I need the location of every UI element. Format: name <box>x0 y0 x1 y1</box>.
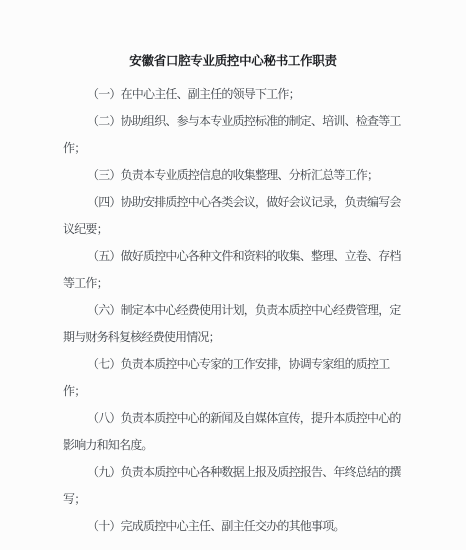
duty-item: （六）制定本中心经费使用计划，负责本质控中心经费管理，定期与财务科复核经费使用情… <box>63 297 403 351</box>
duty-item: （一）在中心主任、副主任的领导下工作； <box>63 81 403 108</box>
document-page: 安徽省口腔专业质控中心秘书工作职责 （一）在中心主任、副主任的领导下工作；（二）… <box>0 0 466 550</box>
duty-item: （五）做好质控中心各种文件和资料的收集、整理、立卷、存档等工作； <box>63 243 403 297</box>
duty-item: （三）负责本专业质控信息的收集整理、分析汇总等工作； <box>63 162 403 189</box>
document-body: （一）在中心主任、副主任的领导下工作；（二）协助组织、参与本专业质控标准的制定、… <box>63 81 403 540</box>
duty-item: （七）负责本质控中心专家的工作安排，协调专家组的质控工作； <box>63 351 403 405</box>
document-title: 安徽省口腔专业质控中心秘书工作职责 <box>63 48 403 75</box>
duty-item: （八）负责本质控中心的新闻及自媒体宣传，提升本质控中心的影响力和知名度。 <box>63 405 403 459</box>
duty-item: （二）协助组织、参与本专业质控标准的制定、培训、检查等工作； <box>63 108 403 162</box>
duty-item: （十）完成质控中心主任、副主任交办的其他事项。 <box>63 513 403 540</box>
duty-item: （四）协助安排质控中心各类会议，做好会议记录，负责编写会议纪要； <box>63 189 403 243</box>
duty-item: （九）负责本质控中心各种数据上报及质控报告、年终总结的撰写； <box>63 459 403 513</box>
